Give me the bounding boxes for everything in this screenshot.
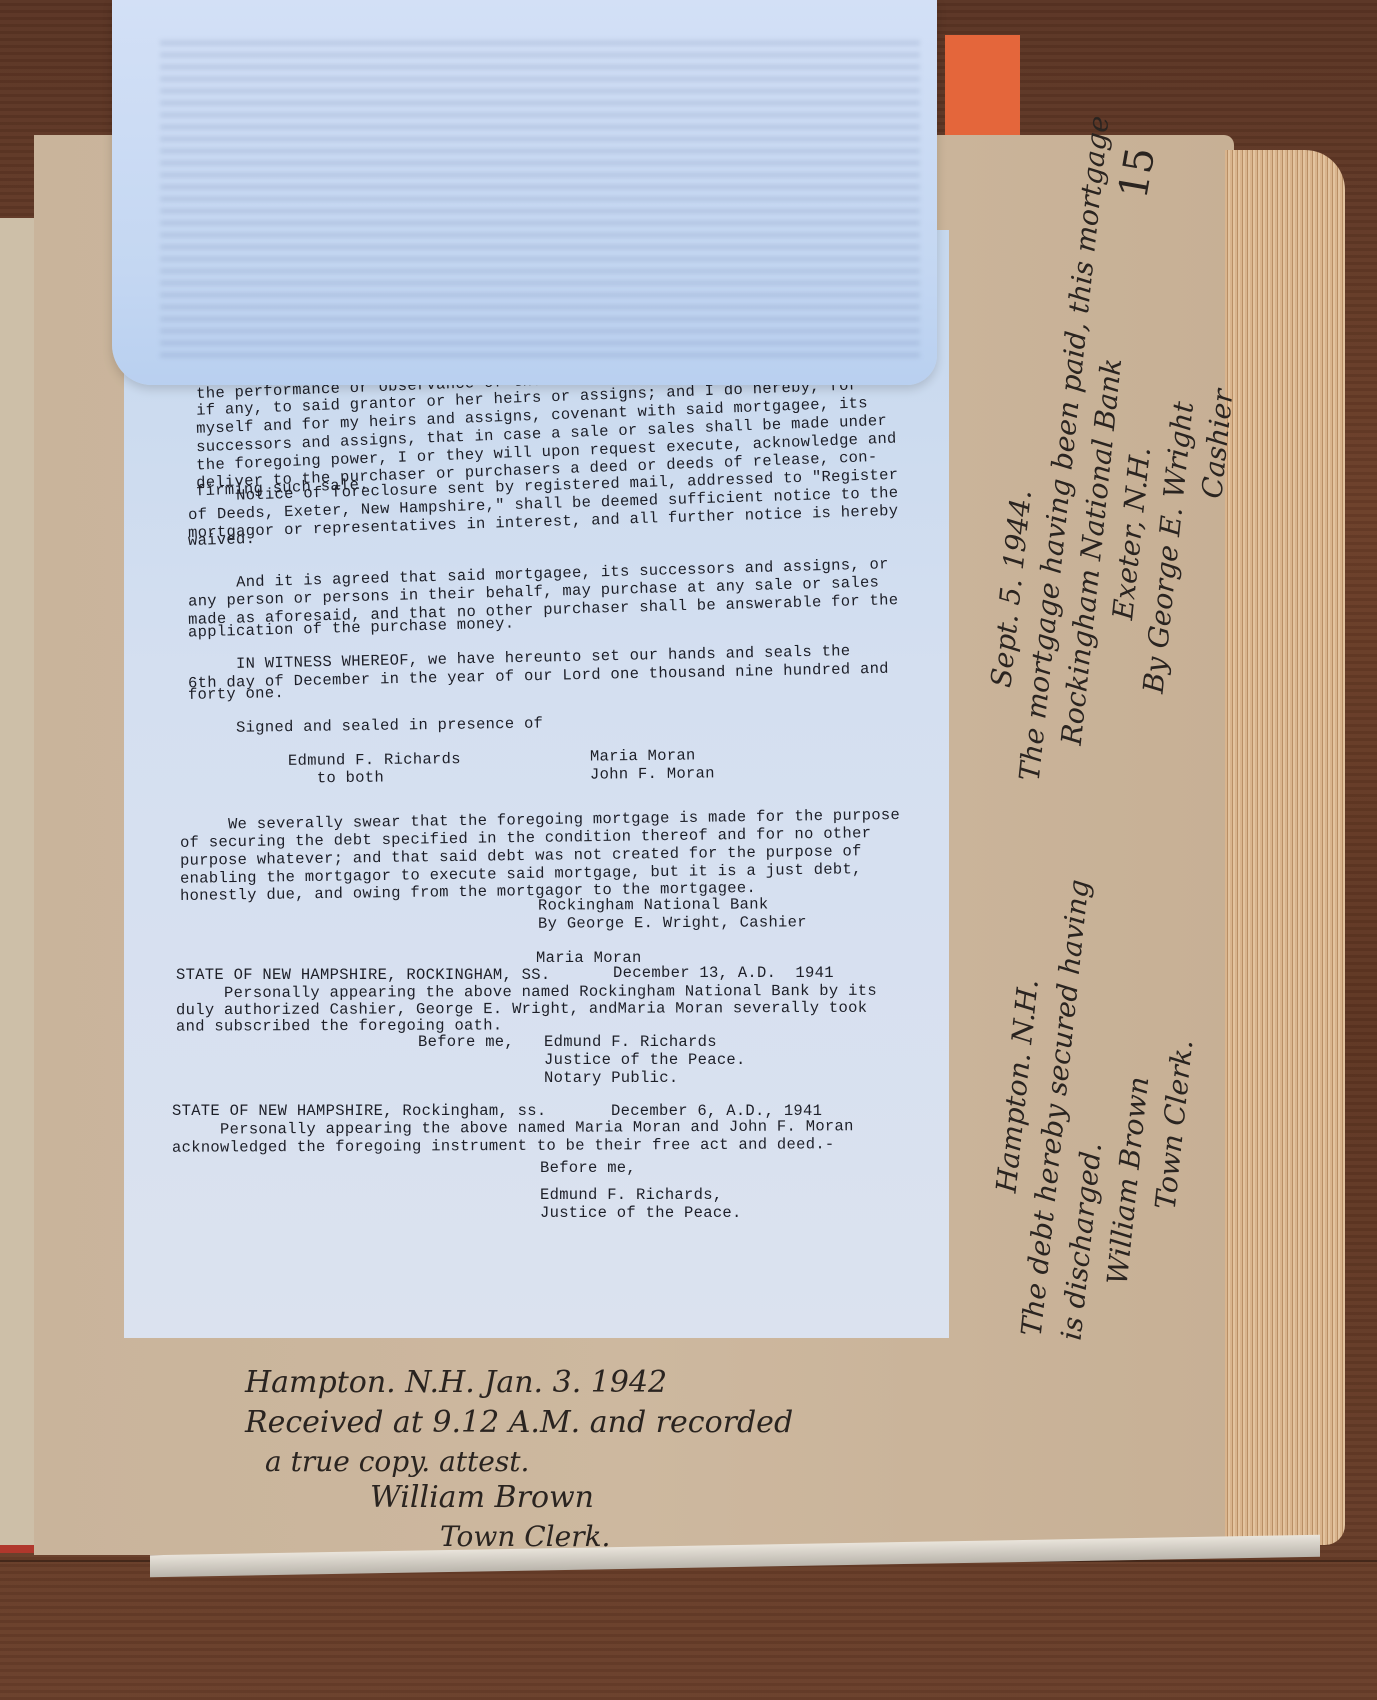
- ack2-heading: STATE OF NEW HAMPSHIRE, Rockingham, ss.: [172, 1103, 546, 1121]
- recording-place-date: Hampton. N.H. Jan. 3. 1942: [245, 1365, 667, 1400]
- ack1-date: December 13, A.D. 1941: [613, 965, 834, 983]
- flipped-sheet-bleedthrough: [160, 40, 920, 360]
- ack1-officer: Edmund F. Richards: [544, 1034, 717, 1052]
- signer-names: John F. Moran: [590, 765, 715, 784]
- ack1-officer: Justice of the Peace.: [544, 1052, 746, 1070]
- ack1-officer: Notary Public.: [544, 1070, 678, 1088]
- recording-received-time: Received at 9.12 A.M. and recorded: [245, 1405, 793, 1440]
- clerk-signature: William Brown: [370, 1480, 594, 1515]
- recording-true-copy: a true copy. attest.: [265, 1445, 529, 1478]
- witness-signature: Edmund F. Richards: [288, 751, 461, 770]
- ack1-heading: STATE OF NEW HAMPSHIRE, ROCKINGHAM, SS.: [176, 967, 550, 985]
- ack2-before-me: Before me,: [540, 1160, 636, 1178]
- bank-signature: By George E. Wright, Cashier: [538, 914, 807, 933]
- bank-signature: Rockingham National Bank: [538, 896, 769, 915]
- ack2-officer: Justice of the Peace.: [540, 1205, 742, 1223]
- paragraph-foreclosure-notice: waived.: [188, 531, 256, 551]
- page-stack-edge: [1225, 150, 1345, 1545]
- ack1-before-me: Before me,: [418, 1034, 514, 1052]
- ack2-body: acknowledged the foregoing instrument to…: [172, 1136, 835, 1157]
- signer-names: Maria Moran: [590, 747, 696, 766]
- clerk-title: Town Clerk.: [440, 1520, 610, 1553]
- witness-signature: to both: [288, 769, 384, 788]
- page-number: 15: [1110, 144, 1164, 202]
- paragraph-witness: forty one.: [188, 685, 284, 705]
- ack2-officer: Edmund F. Richards,: [540, 1187, 722, 1205]
